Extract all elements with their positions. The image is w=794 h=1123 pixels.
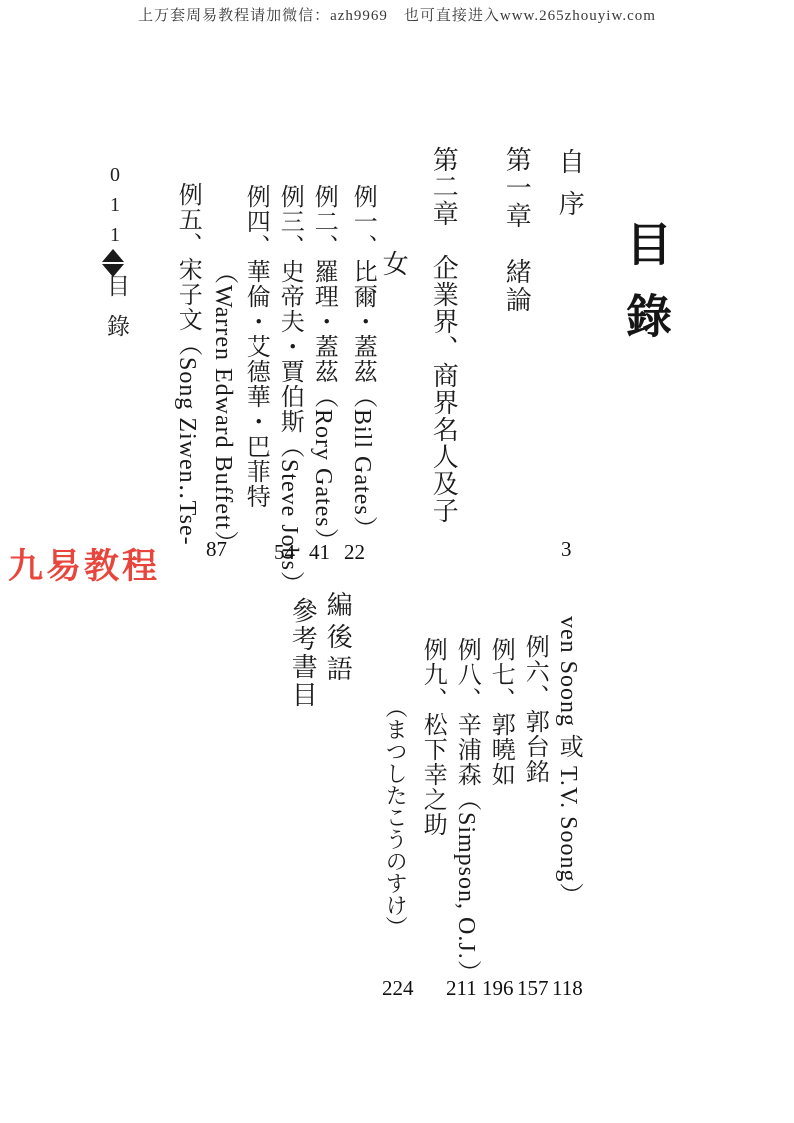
toc-column-ex4: 例四、華倫・艾德華・巴菲特: [242, 184, 267, 509]
page-number-ex8: 211: [446, 976, 477, 1001]
toc-column-afterword: 編後語: [324, 591, 351, 687]
toc-column-bibliography: 參考書目: [289, 597, 316, 709]
toc-column-chapter2: 第二章 企業界、商界名人及子: [430, 146, 457, 524]
margin-page-number: 011: [103, 164, 126, 254]
page-title: 目錄: [612, 220, 678, 364]
toc-column-chapter1: 第一章 緒論: [503, 146, 530, 314]
page-number-ex6: 157: [517, 976, 549, 1001]
watermark: 九易教程: [8, 539, 160, 589]
page-number-ex1: 22: [344, 540, 365, 565]
page-number-ex7: 196: [482, 976, 514, 1001]
page-number-ex5: 118: [552, 976, 583, 1001]
diamond-icon: [102, 249, 124, 277]
promo-banner: 上万套周易教程请加微信：azh9969 也可直接进入www.265zhouyiw…: [0, 4, 794, 25]
toc-column-ex7: 例七、郭曉如: [487, 637, 512, 787]
toc-column-ex9-wrap: （まつしたこうのすけ）: [384, 696, 407, 938]
toc-column-ex2: 例二、羅理・蓋茲（Rory Gates）: [310, 184, 335, 553]
margin-section-label: 目錄: [100, 274, 133, 354]
toc-column-ex6: 例六、郭台銘: [521, 634, 546, 784]
toc-column-preface: 自序: [556, 148, 583, 232]
scanned-toc-page: 上万套周易教程请加微信：azh9969 也可直接进入www.265zhouyiw…: [0, 0, 794, 1123]
toc-column-ex5-cont: ven Soong 或 T.V. Soong）: [555, 616, 580, 907]
toc-column-ex5: 例五、宋子文（Song Ziwen‥Tse-: [174, 182, 199, 546]
page-number-ex4: 87: [206, 537, 227, 562]
toc-column-ex9: 例九、松下幸之助: [419, 637, 444, 837]
toc-column-chapter2-wrap: 女: [380, 250, 407, 278]
page-number-preface: 3: [561, 537, 572, 562]
toc-column-ex1: 例一、比爾・蓋茲（Bill Gates）: [349, 184, 374, 541]
page-number-ex3: 54: [274, 540, 295, 565]
toc-column-ex3: 例三、史帝夫・賈伯斯（Steve Jobs）: [276, 184, 301, 596]
page-number-ex2: 41: [309, 540, 330, 565]
toc-column-ex8: 例八、辛浦森（Simpson, O.J.）: [453, 637, 478, 985]
toc-column-ex4-wrap: （Warren Edward Buffett）: [210, 260, 235, 555]
page-number-ex9: 224: [382, 976, 414, 1001]
